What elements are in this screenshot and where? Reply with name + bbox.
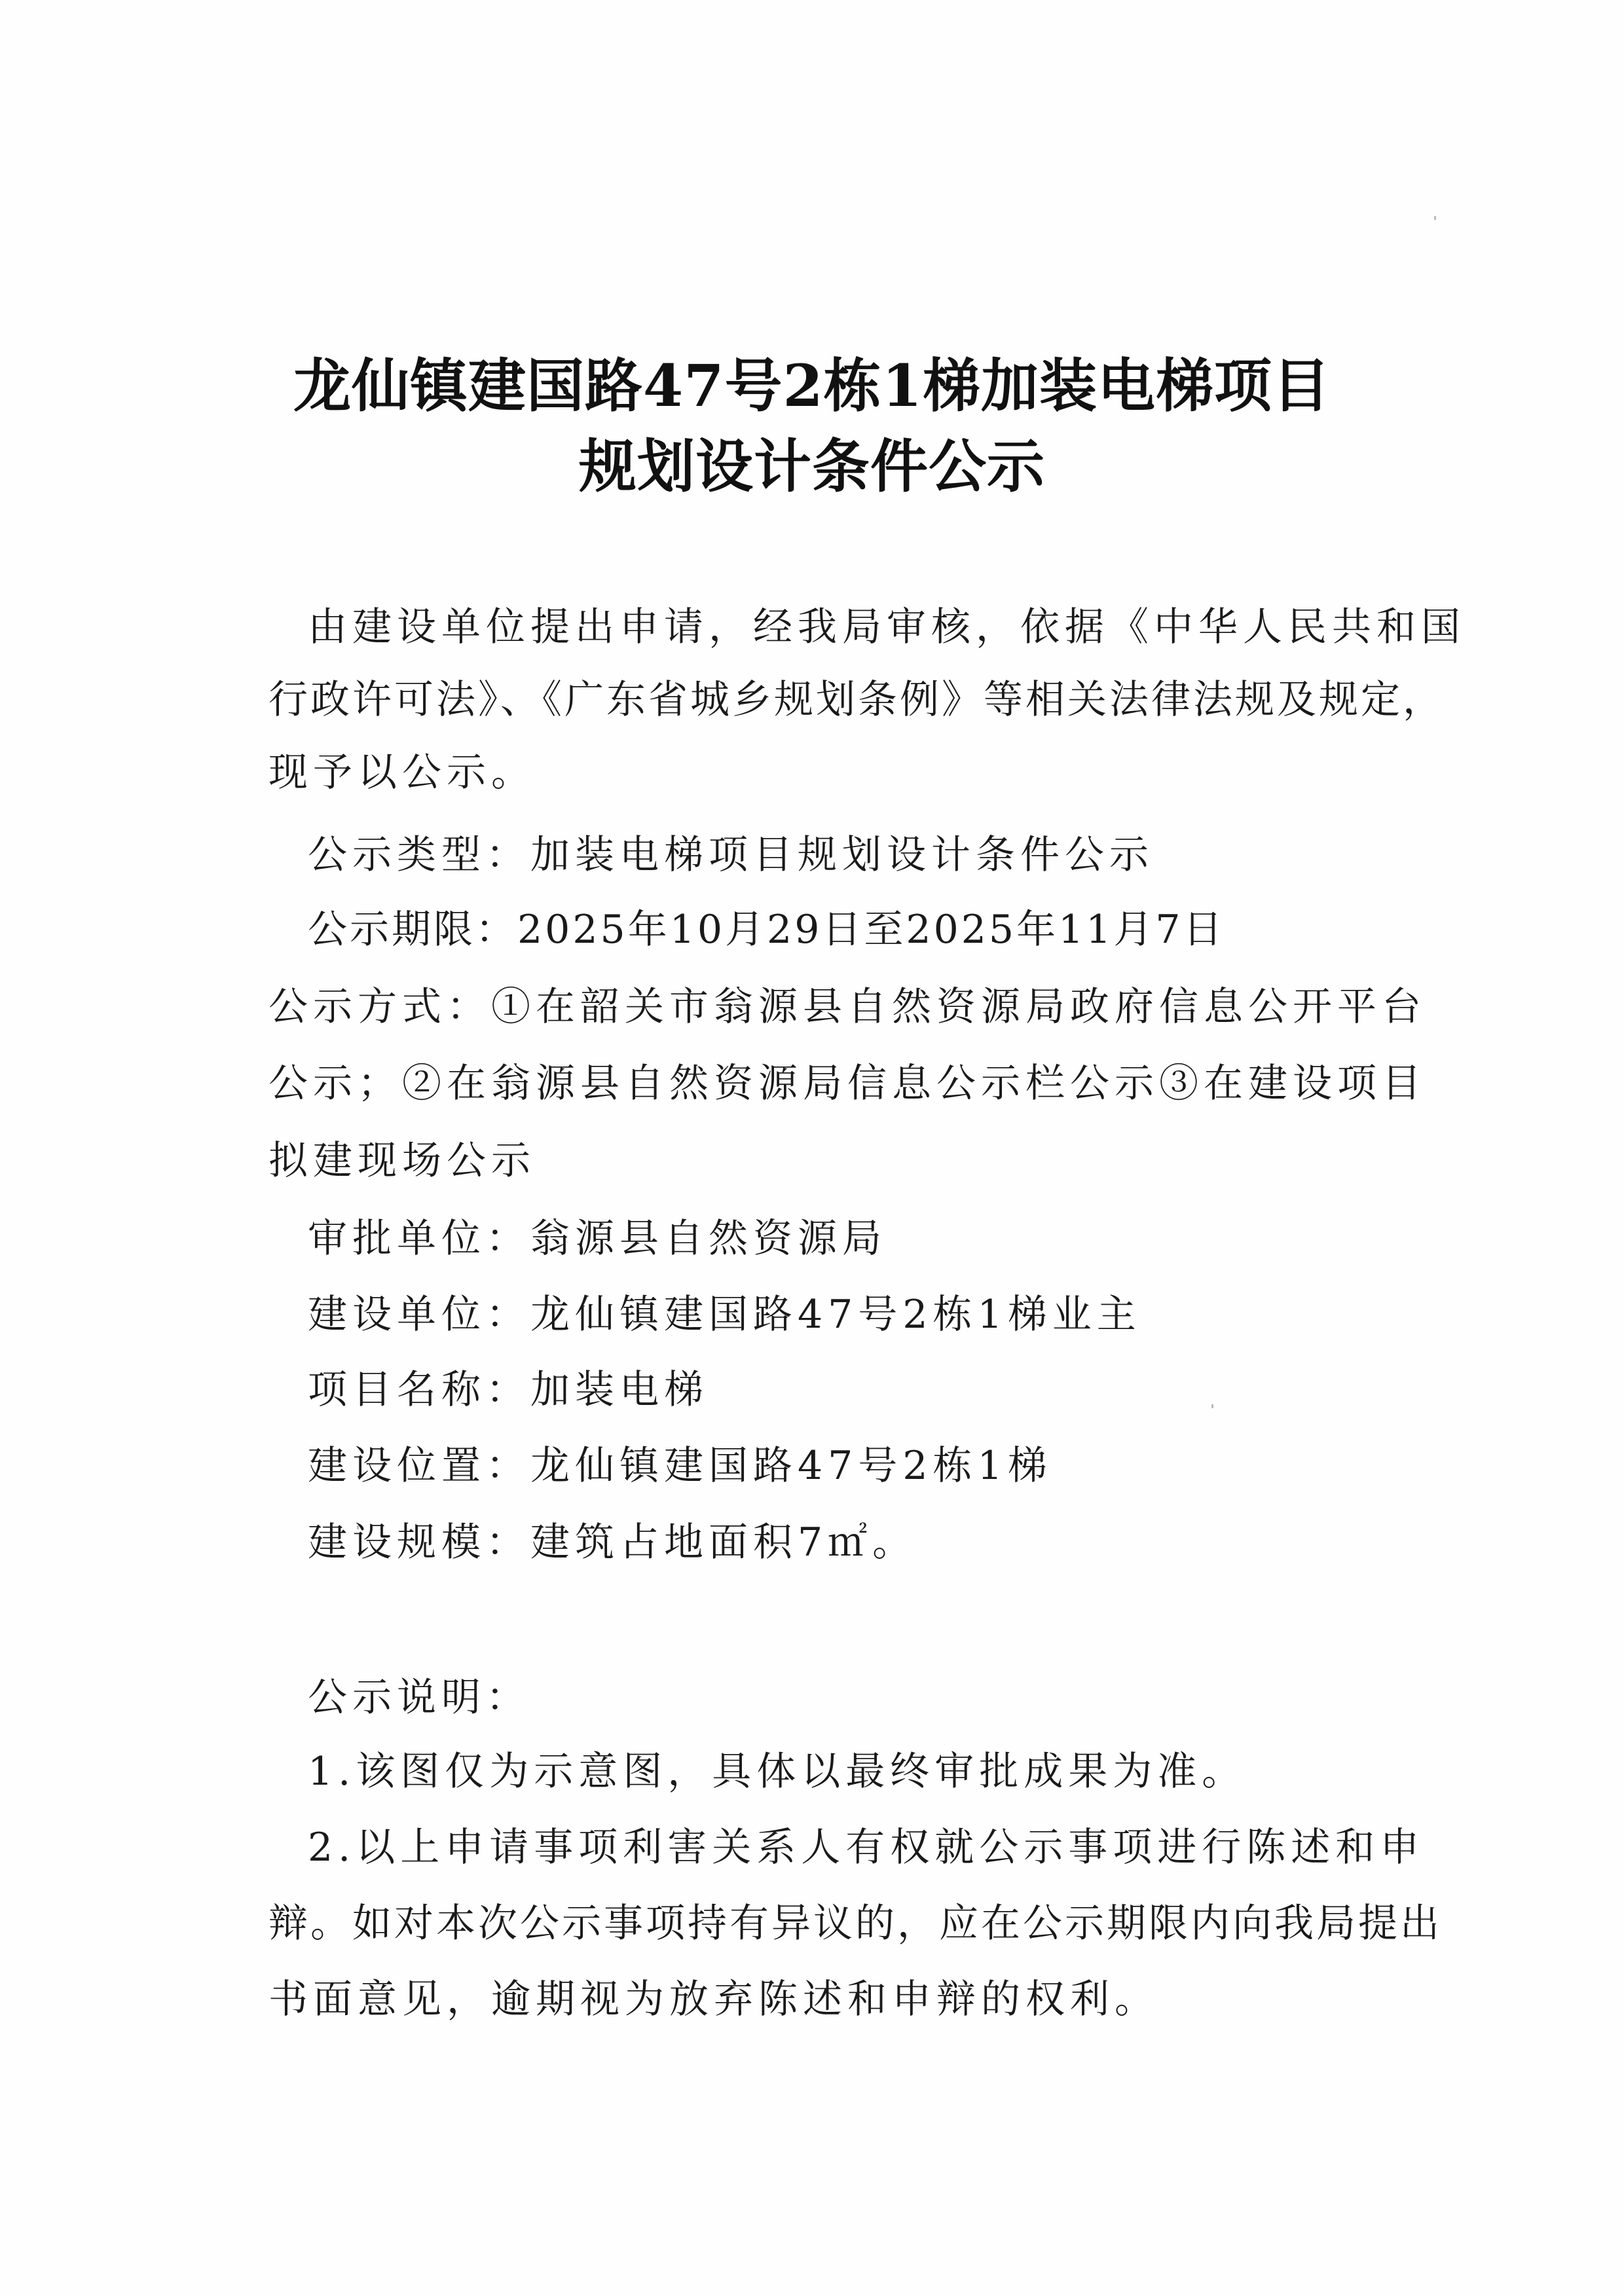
intro-paragraph-line-2: 行政许可法》、《广东省城乡规划条例》等相关法律法规及规定， [268, 680, 1445, 720]
notice-method-line-2: 公示；②在翁源县自然资源局信息公示栏公示③在建设项目 [268, 1064, 1426, 1103]
scan-speck [357, 1525, 359, 1529]
scan-speck [1211, 1404, 1213, 1408]
notes-heading: 公示说明： [308, 1678, 530, 1717]
intro-paragraph-line-1: 由建设单位提出申请，经我局审核，依据《中华人民共和国 [308, 608, 1466, 647]
note-item-1: 1.该图仅为示意图，具体以最终审批成果为准。 [308, 1752, 1246, 1791]
note-item-2-line-2: 辩。如对本次公示事项持有异议的，应在公示期限内向我局提出 [268, 1904, 1442, 1943]
approver-field: 审批单位：翁源县自然资源局 [308, 1219, 887, 1258]
project-name-field: 项目名称：加装电梯 [308, 1370, 709, 1410]
document-title-line-2: 规划设计条件公示 [0, 437, 1624, 495]
notice-method-line-1: 公示方式：①在韶关市翁源县自然资源局政府信息公开平台 [268, 987, 1426, 1027]
scan-speck [1434, 216, 1436, 220]
notice-type-field: 公示类型：加装电梯项目规划设计条件公示 [308, 835, 1154, 875]
document-title-line-1: 龙仙镇建国路47号2栋1梯加装电梯项目 [0, 357, 1624, 414]
location-field: 建设位置：龙仙镇建国路47号2栋1梯 [308, 1446, 1052, 1485]
notice-period-field: 公示期限：2025年10月29日至2025年11月7日 [308, 910, 1225, 949]
note-item-2-line-1: 2.以上申请事项利害关系人有权就公示事项进行陈述和申 [308, 1828, 1424, 1867]
scale-field: 建设规模：建筑占地面积7㎡。 [308, 1523, 917, 1562]
notice-method-line-3: 拟建现场公示 [268, 1141, 536, 1180]
builder-field: 建设单位：龙仙镇建国路47号2栋1梯业主 [308, 1295, 1141, 1334]
scan-speck [828, 1247, 830, 1251]
document-page: 龙仙镇建国路47号2栋1梯加装电梯项目 规划设计条件公示 由建设单位提出申请，经… [0, 0, 1624, 2296]
note-item-2-line-3: 书面意见，逾期视为放弃陈述和申辩的权利。 [268, 1980, 1159, 2019]
intro-paragraph-line-3: 现予以公示。 [268, 753, 536, 792]
